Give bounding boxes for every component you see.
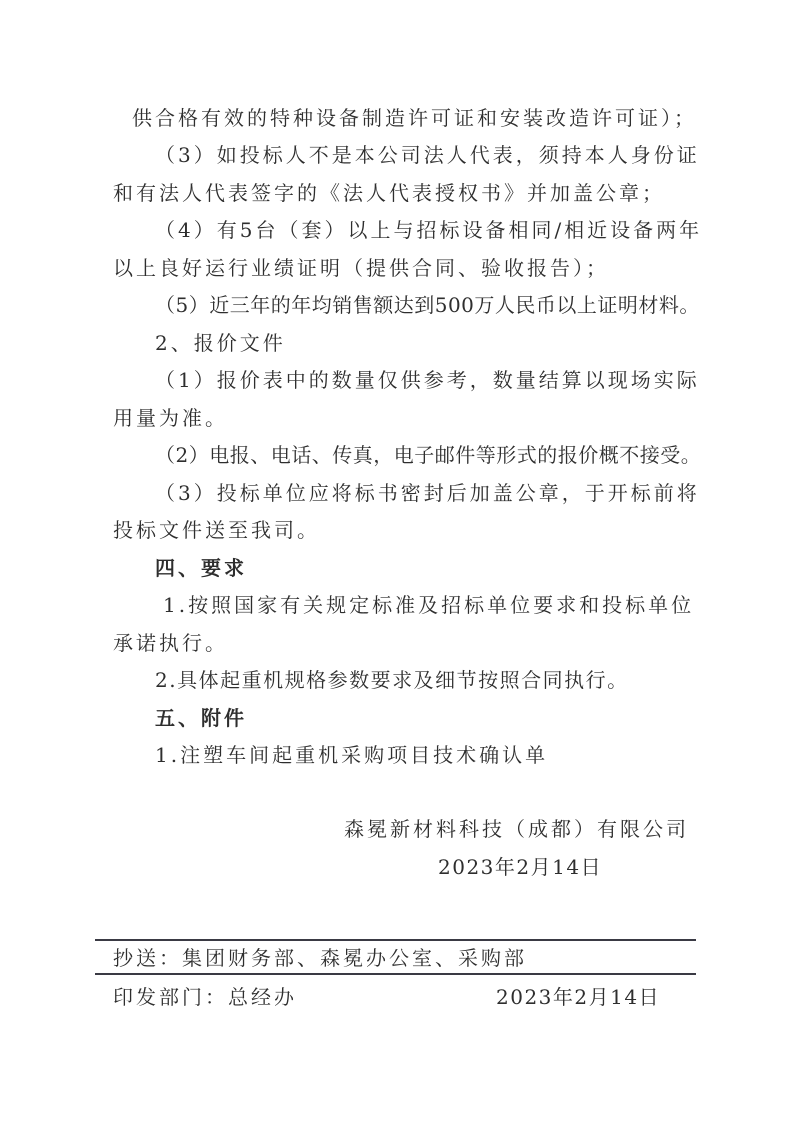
section-heading-attachments: 五、附件 (155, 706, 247, 730)
signature-date: 2023年2月14日 (438, 855, 602, 879)
issuer-line: 印发部门：总经办 (113, 985, 297, 1009)
paragraph-item-3: （3）如投标人不是本公司法人代表，须持本人身份证 (155, 143, 700, 167)
requirement-item-1: 1.按照国家有关规定标准及招标单位要求和投标单位 (163, 593, 694, 617)
paragraph-line-continuation: 供合格有效的特种设备制造许可证和安装改造许可证）； (132, 106, 697, 130)
paragraph-item-4: （4）有5台（套）以上与招标设备相同/相近设备两年 (155, 218, 702, 242)
paragraph-line: 投标文件送至我司。 (113, 518, 320, 542)
paragraph-line: 和有法人代表签字的《法人代表授权书》并加盖公章； (113, 181, 665, 205)
attachment-item-1: 1.注塑车间起重机采购项目技术确认单 (155, 743, 548, 767)
cc-label: 抄送： (113, 946, 182, 970)
issue-date: 2023年2月14日 (496, 985, 660, 1009)
paragraph-line: 承诺执行。 (113, 631, 228, 655)
paragraph-item-1: （1）报价表中的数量仅供参考，数量结算以现场实际 (155, 368, 700, 392)
paragraph-line: 用量为准。 (113, 406, 228, 430)
section-heading-quote-docs: 2、报价文件 (155, 331, 286, 355)
document-page: 供合格有效的特种设备制造许可证和安装改造许可证）； （3）如投标人不是本公司法人… (0, 0, 794, 1123)
paragraph-item-5: （5）近三年的年均销售额达到500万人民币以上证明材料。 (155, 293, 700, 317)
issuer-name: 总经办 (228, 985, 297, 1009)
footer-middle-rule (95, 973, 696, 975)
signature-company: 森冕新材料科技（成都）有限公司 (344, 817, 689, 841)
section-heading-requirements: 四、要求 (155, 556, 247, 580)
cc-line: 抄送：集团财务部、森冕办公室、采购部 (113, 946, 527, 970)
paragraph-item-3b: （3）投标单位应将标书密封后加盖公章，于开标前将 (155, 481, 700, 505)
footer-top-rule (95, 939, 696, 941)
paragraph-item-2: （2）电报、电话、传真，电子邮件等形式的报价概不接受。 (155, 443, 701, 467)
issuer-label: 印发部门： (113, 985, 228, 1009)
paragraph-line: 以上良好运行业绩证明（提供合同、验收报告）； (113, 256, 609, 280)
requirement-item-2: 2.具体起重机规格参数要求及细节按照合同执行。 (155, 668, 629, 692)
cc-recipients: 集团财务部、森冕办公室、采购部 (182, 946, 527, 970)
